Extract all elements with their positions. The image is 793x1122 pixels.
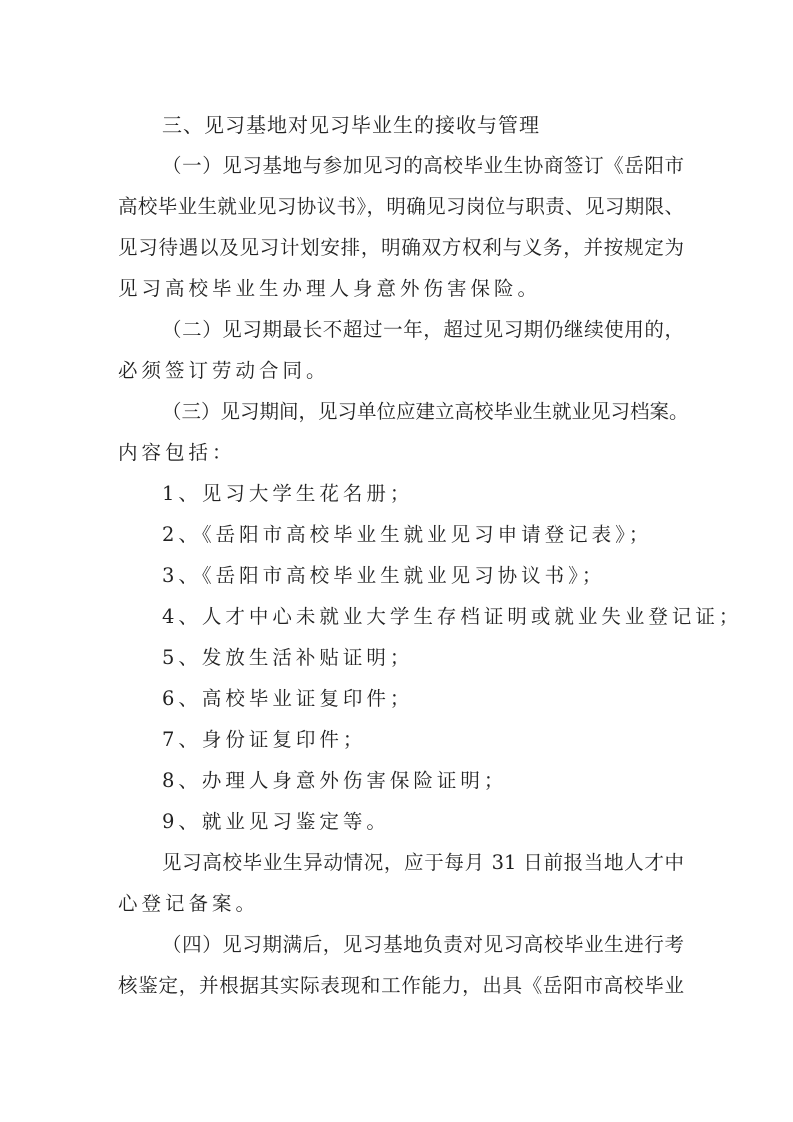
list-item-9: 9、就业见习鉴定等。: [162, 810, 684, 834]
paragraph-2-line-1: （二）见习期最长不超过一年，超过见习期仍继续使用的，: [162, 318, 684, 342]
list-item-8: 8、办理人身意外伤害保险证明；: [162, 769, 684, 793]
paragraph-1-line-4: 见习高校毕业生办理人身意外伤害保险。: [118, 277, 684, 301]
paragraph-5-line-1: （四）见习期满后，见习基地负责对见习高校毕业生进行考: [162, 933, 684, 957]
paragraph-5-line-2: 核鉴定，并根据其实际表现和工作能力，出具《岳阳市高校毕业: [118, 974, 684, 998]
list-item-3: 3、《岳阳市高校毕业生就业见习协议书》；: [162, 564, 684, 588]
section-title: 三、见习基地对见习毕业生的接收与管理: [162, 113, 684, 137]
list-item-1: 1、见习大学生花名册；: [162, 482, 684, 506]
list-item-2: 2、《岳阳市高校毕业生就业见习申请登记表》；: [162, 523, 684, 547]
paragraph-2-line-2: 必须签订劳动合同。: [118, 359, 684, 383]
list-item-5: 5、发放生活补贴证明；: [162, 646, 684, 670]
paragraph-1-line-1: （一）见习基地与参加见习的高校毕业生协商签订《岳阳市: [162, 154, 684, 178]
list-item-7: 7、身份证复印件；: [162, 728, 684, 752]
paragraph-4-line-2: 心登记备案。: [118, 892, 684, 916]
document-page: 三、见习基地对见习毕业生的接收与管理 （一）见习基地与参加见习的高校毕业生协商签…: [0, 0, 793, 1122]
paragraph-1-line-2: 高校毕业生就业见习协议书》，明确见习岗位与职责、见习期限、: [118, 195, 684, 219]
paragraph-4-line-1: 见习高校毕业生异动情况，应于每月 31 日前报当地人才中: [162, 851, 684, 875]
list-item-6: 6、高校毕业证复印件；: [162, 687, 684, 711]
list-item-4: 4、人才中心未就业大学生存档证明或就业失业登记证；: [162, 605, 684, 629]
paragraph-3-line-2: 内容包括：: [118, 441, 684, 465]
paragraph-3-line-1: （三）见习期间，见习单位应建立高校毕业生就业见习档案。: [162, 400, 684, 424]
paragraph-1-line-3: 见习待遇以及见习计划安排，明确双方权利与义务，并按规定为: [118, 236, 684, 260]
